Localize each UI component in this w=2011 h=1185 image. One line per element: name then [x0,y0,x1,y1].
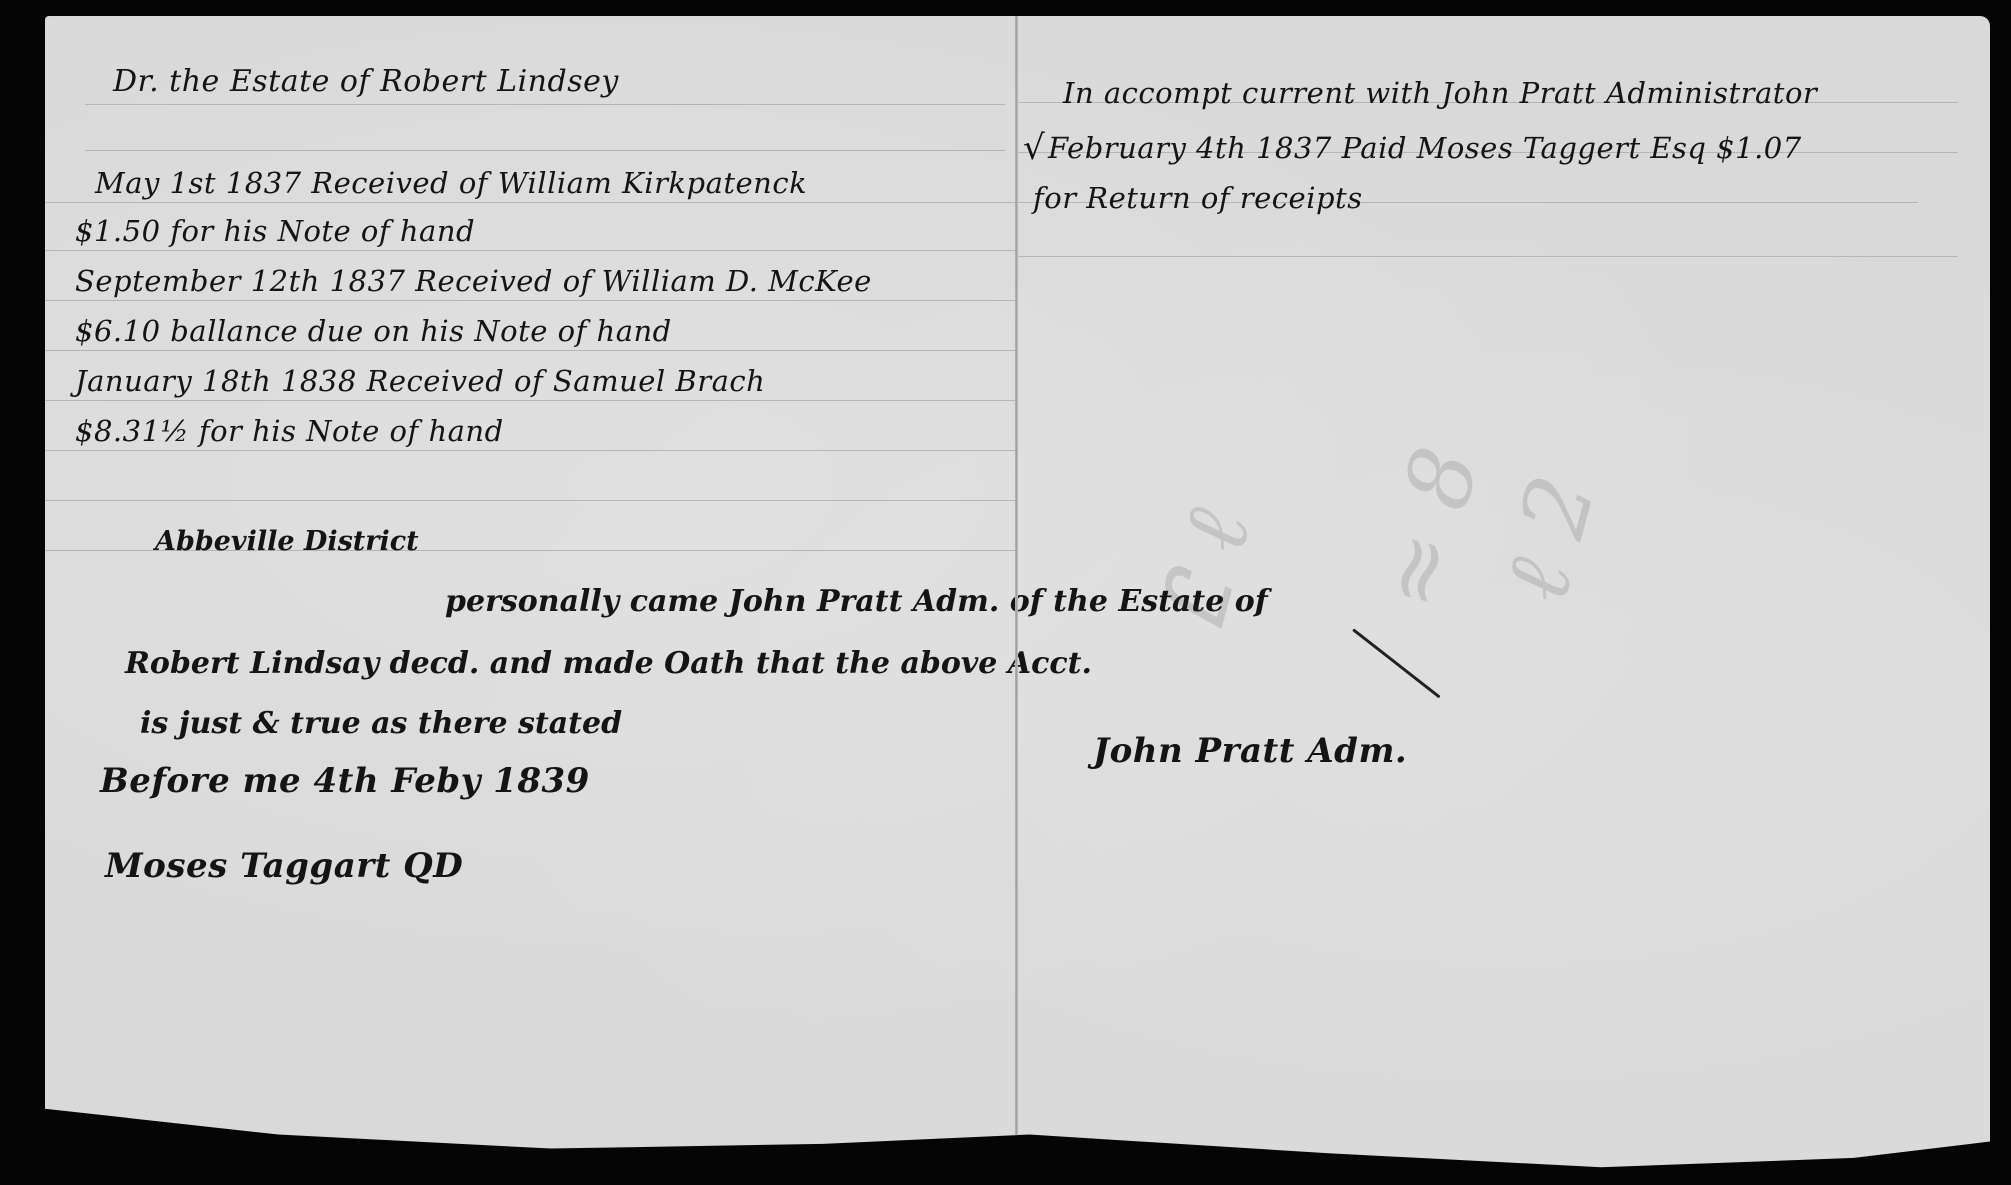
entry-3-line: January 18th 1838 Received of Samuel Bra… [75,364,765,398]
ruled-line [45,500,1015,501]
right-page-heading: In accompt current with John Pratt Admin… [1063,76,1817,110]
affidavit-sworn-date: Before me 4th Feby 1839 [100,761,590,801]
affidavit-line-3: is just & true as there stated [140,706,622,741]
bleed-through-mark: Ꮭ ℓ [1140,499,1273,639]
right-page: In accompt current with John Pratt Admin… [1018,16,1990,1185]
entry-1-line: May 1st 1837 Received of William Kirkpat… [95,166,807,200]
ruled-line [45,300,1015,301]
right-entry-1-note: for Return of receipts [1033,181,1363,215]
entry-2-amount: $6.10 ballance due on his Note of hand [75,314,672,348]
ruled-line [45,400,1015,401]
ruled-line [45,250,1015,251]
checkmark-icon: √ [1023,128,1045,168]
ruled-line [45,450,1015,451]
administrator-signature: John Pratt Adm. [1093,731,1407,771]
document-paper: Dr. the Estate of Robert Lindsey May 1st… [45,16,1990,1185]
left-page-heading: Dr. the Estate of Robert Lindsey [113,64,619,99]
ruled-line [45,202,1015,203]
entry-1-amount: $1.50 for his Note of hand [75,214,475,248]
entry-2-line: September 12th 1837 Received of William … [75,264,872,298]
ruled-line [45,350,1015,351]
ruled-line [1018,256,1958,257]
ink-stroke-mark [1352,628,1441,698]
right-entry-1-line: February 4th 1837 Paid Moses Taggert Esq… [1048,131,1802,165]
ruled-line [85,104,1005,105]
left-page: Dr. the Estate of Robert Lindsey May 1st… [45,16,1015,1185]
affidavit-district: Abbeville District [155,526,419,557]
affidavit-line-2: Robert Lindsay decd. and made Oath that … [125,646,1092,681]
magistrate-signature: Moses Taggart QD [105,846,463,886]
bleed-through-mark: ≈ 8 [1357,437,1500,620]
entry-3-amount: $8.31½ for his Note of hand [75,414,504,448]
bleed-through-mark: ℓ 2 [1483,465,1616,611]
ruled-line [85,150,1005,151]
